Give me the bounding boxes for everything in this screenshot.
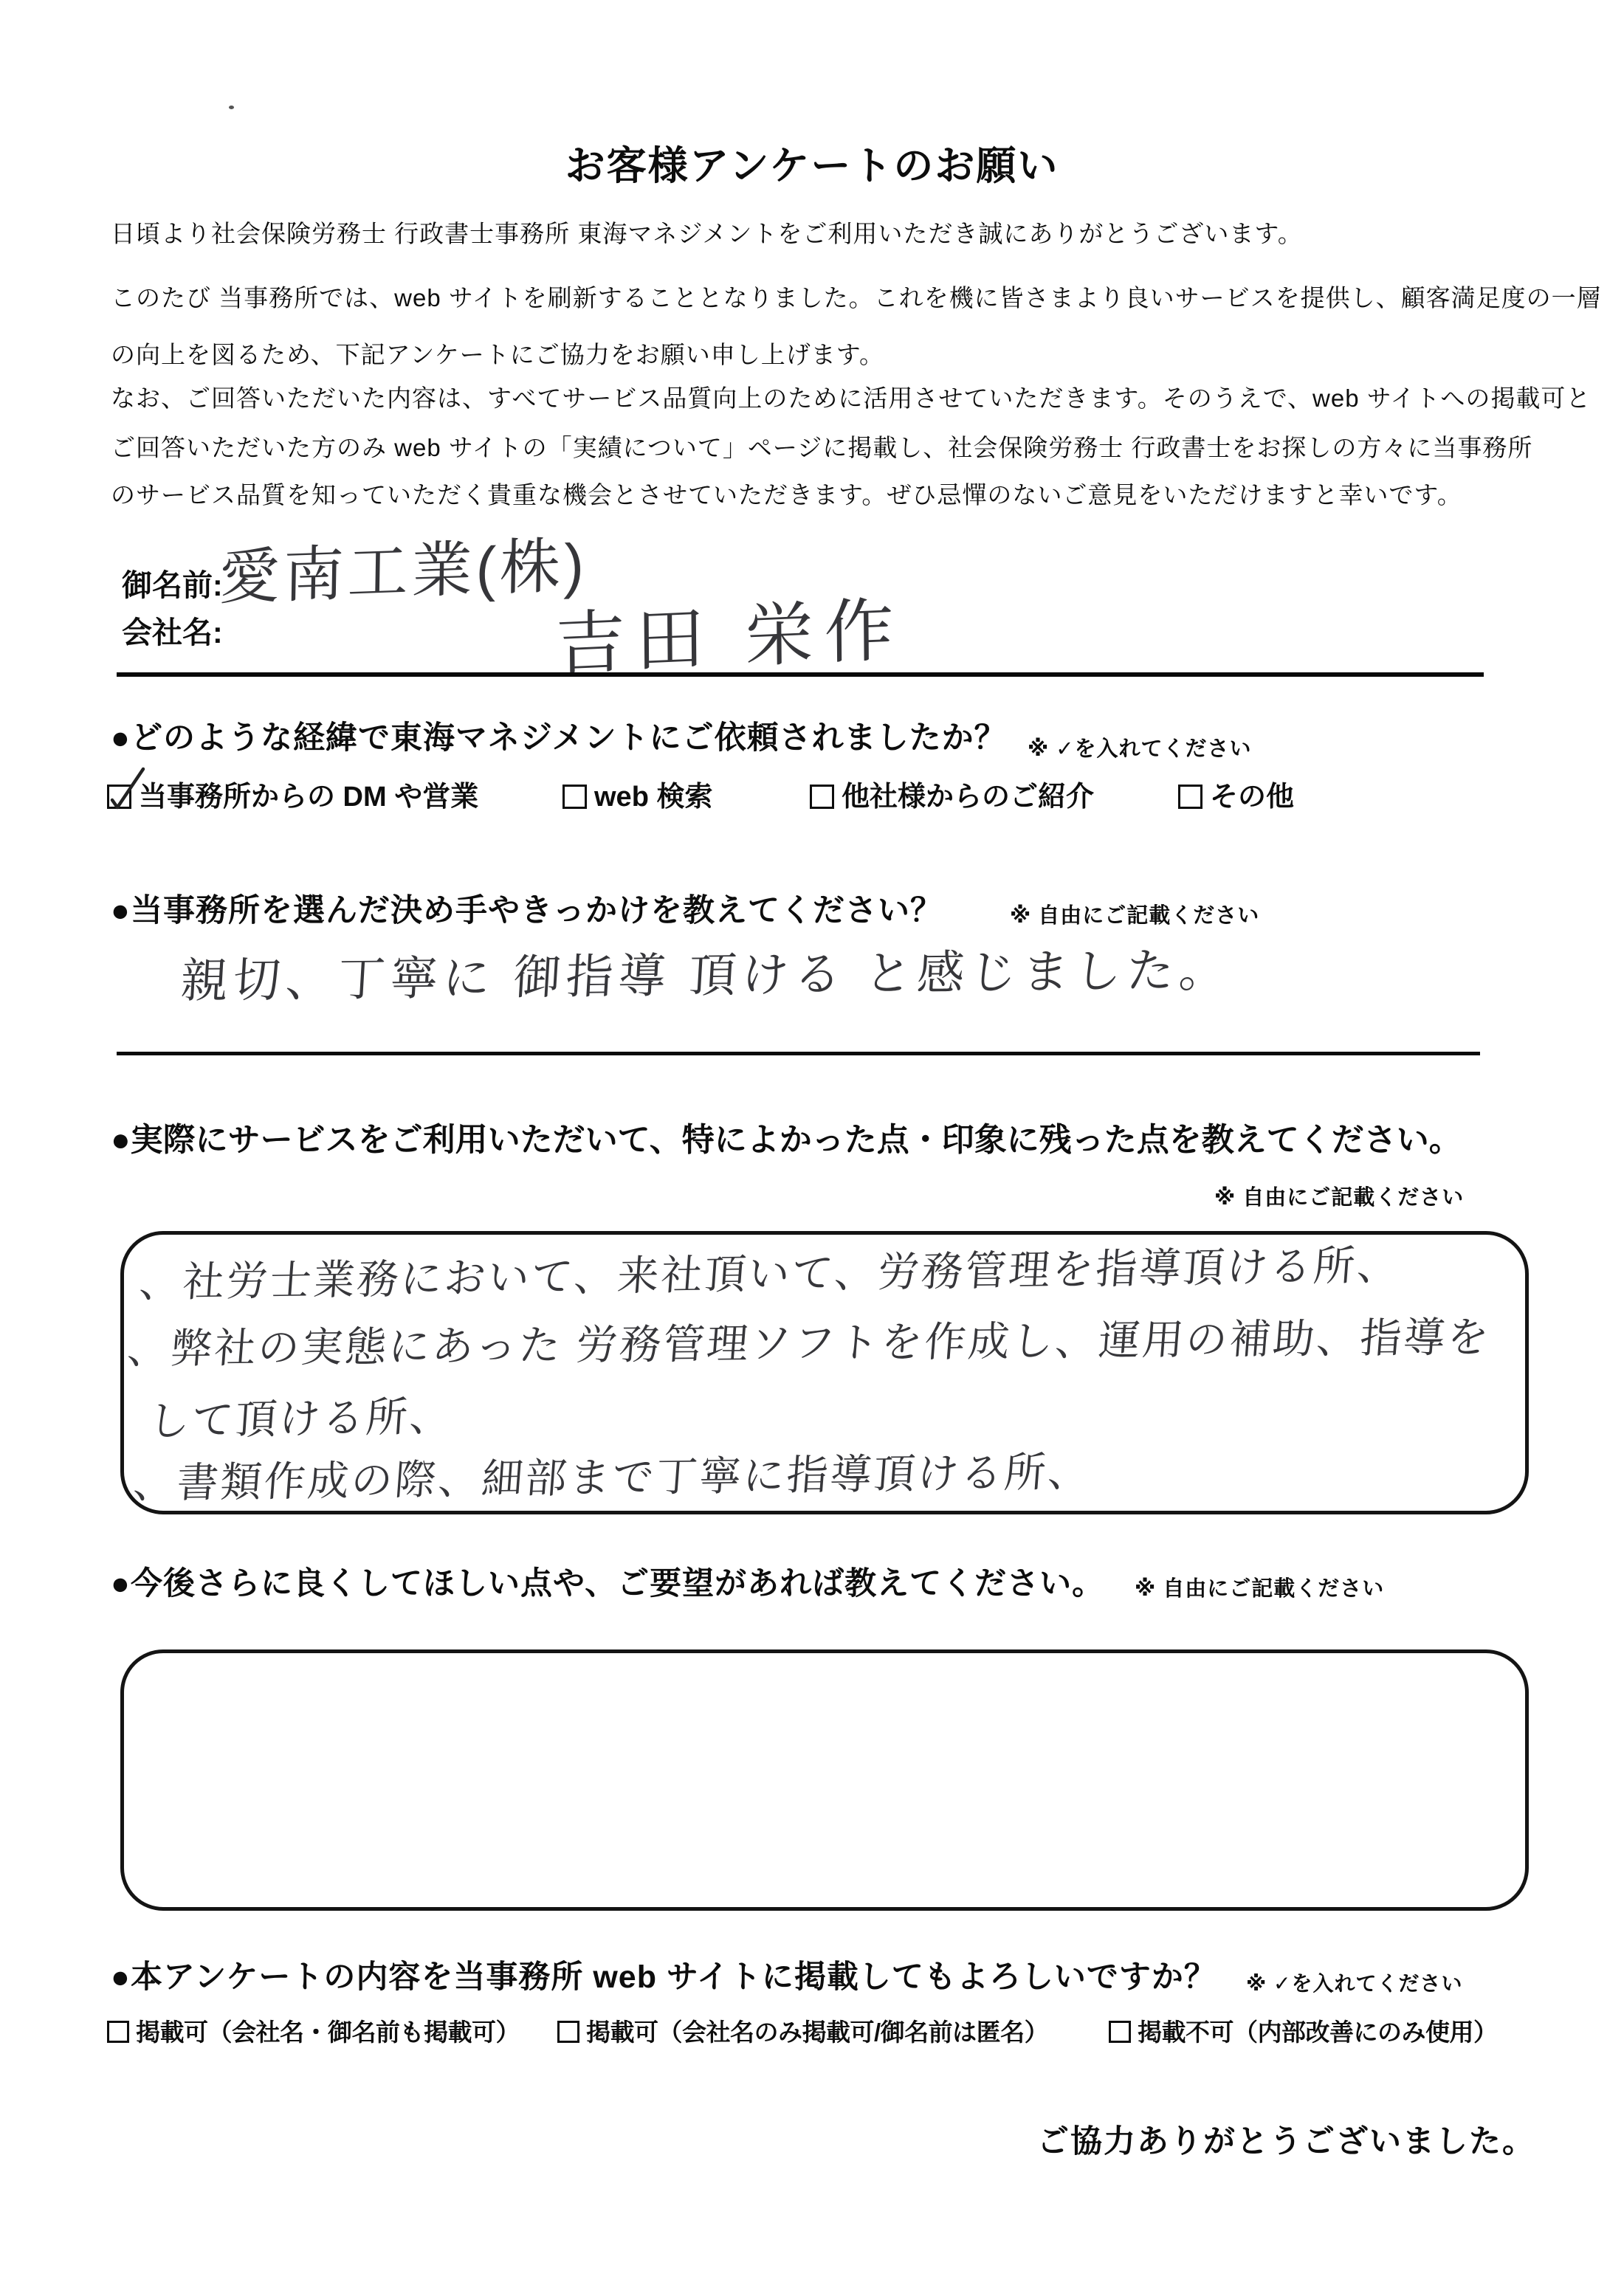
divider-line <box>117 1052 1480 1055</box>
q5-note: ※ ✓を入れてください <box>1246 1968 1462 1997</box>
q1-option-other: その他 <box>1178 773 1294 814</box>
intro-line: このたび 当事務所では、web サイトを刷新することとなりました。これを機に皆さ… <box>111 279 1602 314</box>
q2-handwritten-answer: 親切、丁寧に 御指導 頂ける と感じました。 <box>179 932 1234 1011</box>
q1-option-label: その他 <box>1210 782 1294 813</box>
divider-line <box>117 672 1484 677</box>
q1-note: ※ ✓を入れてください <box>1028 732 1252 762</box>
q1-option-label: 当事務所からの DM や営業 <box>139 782 478 813</box>
q5-option-label: 掲載不可（内部改善にのみ使用） <box>1138 2019 1498 2046</box>
intro-line: ご回答いただいた方のみ web サイトの「実績について」ページに掲載し、社会保険… <box>111 429 1532 463</box>
checkbox-icon <box>557 2021 579 2043</box>
scan-speck <box>229 106 234 109</box>
q2-heading: ●当事務所を選んだ決め手やきっかけを教えてください？ <box>111 886 943 931</box>
intro-line: なお、ご回答いただいた内容は、すべてサービス品質向上のために活用させていただきま… <box>111 379 1591 414</box>
q4-heading: ●今後さらに良くしてほしい点や、ご要望があれば教えてください。 <box>111 1559 1104 1604</box>
q2-note: ※ 自由にご記載ください <box>1010 899 1259 929</box>
company-field-label: 会社名: <box>122 608 223 652</box>
handwritten-company-name: 愛南工業(株) <box>219 517 588 617</box>
checkbox-icon <box>1178 785 1202 809</box>
q5-option-label: 掲載可（会社名・御名前も掲載可） <box>136 2019 520 2046</box>
intro-line: のサービス品質を知っていただく貴重な機会とさせていただきます。ぜひ忌憚のないご意… <box>111 476 1462 511</box>
q5-heading: ●本アンケートの内容を当事務所 web サイトに掲載してもよろしいですか？ <box>111 1952 1217 1997</box>
checkbox-icon <box>107 785 131 809</box>
q5-option-company-only: 掲載可（会社名のみ掲載可/御名前は匿名） <box>557 2013 1048 2048</box>
q1-option-web: web 検索 <box>562 773 712 814</box>
page-title: お客様アンケートのお願い <box>0 134 1624 191</box>
q3-answer-line: 、弊社の実態にあった 労務管理ソフトを作成し、運用の補助、指導を <box>125 1305 1493 1376</box>
q1-option-label: 他社様からのご紹介 <box>842 782 1094 813</box>
q1-option-referral: 他社様からのご紹介 <box>810 773 1094 814</box>
q1-heading: ●どのような経緯で東海マネジメントにご依頼されましたか？ <box>111 713 1007 758</box>
q3-answer-line: 、書類作成の際、細部まで丁寧に指導頂ける所、 <box>131 1439 1094 1510</box>
q5-option-no-publish: 掲載不可（内部改善にのみ使用） <box>1109 2013 1498 2048</box>
name-field-label: 御名前: <box>122 561 223 604</box>
checkbox-icon <box>1109 2021 1131 2043</box>
intro-line: 日頃より社会保険労務士 行政書士事務所 東海マネジメントをご利用いただき誠にあり… <box>111 215 1303 249</box>
q1-option-label: web 検索 <box>594 782 712 813</box>
q1-option-dm: 当事務所からの DM や営業 <box>107 773 478 814</box>
q3-note: ※ 自由にご記載ください <box>1214 1181 1464 1211</box>
checkbox-icon <box>107 2021 129 2043</box>
q5-option-full-publish: 掲載可（会社名・御名前も掲載可） <box>107 2013 520 2048</box>
checkbox-icon <box>810 785 834 809</box>
q3-heading: ●実際にサービスをご利用いただいて、特によかった点・印象に残った点を教えてくださ… <box>111 1113 1462 1160</box>
survey-scan-page: お客様アンケートのお願い 日頃より社会保険労務士 行政書士事務所 東海マネジメン… <box>0 0 1624 2296</box>
checkbox-icon <box>562 785 587 809</box>
thanks-message: ご協力ありがとうございました。 <box>1037 2117 1535 2162</box>
intro-line: の向上を図るため、下記アンケートにご協力をお願い申し上げます。 <box>111 336 884 370</box>
q3-answer-line: して頂ける所、 <box>146 1384 455 1448</box>
q4-note: ※ 自由にご記載ください <box>1135 1572 1384 1602</box>
handwritten-checkmark-icon <box>106 765 149 812</box>
q4-answer-box <box>120 1649 1529 1911</box>
q5-option-label: 掲載可（会社名のみ掲載可/御名前は匿名） <box>586 2019 1048 2046</box>
handwritten-person-name: 吉田 栄作 <box>555 573 904 689</box>
